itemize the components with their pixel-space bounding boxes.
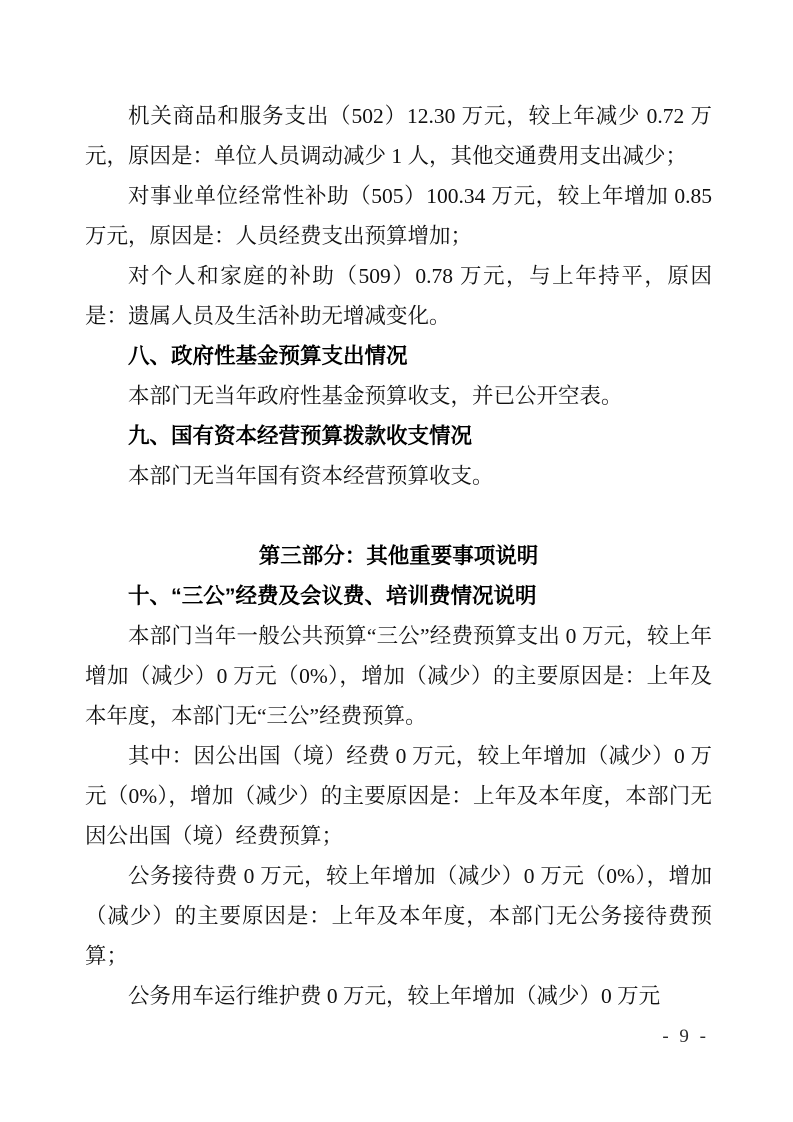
paragraph-official-vehicle: 公务用车运行维护费 0 万元，较上年增加（减少）0 万元 — [85, 976, 712, 1016]
section-heading-8: 八、政府性基金预算支出情况 — [85, 336, 712, 376]
paragraph-three-public-total: 本部门当年一般公共预算“三公”经费预算支出 0 万元，较上年增加（减少）0 万元… — [85, 616, 712, 736]
section-heading-9: 九、国有资本经营预算拨款收支情况 — [85, 416, 712, 456]
document-page: 机关商品和服务支出（502）12.30 万元，较上年减少 0.72 万元，原因是… — [0, 0, 793, 1122]
paragraph-official-reception: 公务接待费 0 万元，较上年增加（减少）0 万元（0%），增加（减少）的主要原因… — [85, 856, 712, 976]
paragraph-state-capital: 本部门无当年国有资本经营预算收支。 — [85, 456, 712, 496]
page-number: - 9 - — [662, 1026, 709, 1048]
part-three-title: 第三部分：其他重要事项说明 — [85, 536, 712, 576]
document-body: 机关商品和服务支出（502）12.30 万元，较上年减少 0.72 万元，原因是… — [85, 96, 712, 1016]
paragraph-subsidy-509: 对个人和家庭的补助（509）0.78 万元，与上年持平，原因是：遗属人员及生活补… — [85, 256, 712, 336]
paragraph-subsidy-505: 对事业单位经常性补助（505）100.34 万元，较上年增加 0.85 万元，原… — [85, 176, 712, 256]
section-heading-10: 十、“三公”经费及会议费、培训费情况说明 — [85, 576, 712, 616]
paragraph-overseas-trips: 其中：因公出国（境）经费 0 万元，较上年增加（减少）0 万元（0%），增加（减… — [85, 736, 712, 856]
paragraph-expense-502: 机关商品和服务支出（502）12.30 万元，较上年减少 0.72 万元，原因是… — [85, 96, 712, 176]
paragraph-gov-fund: 本部门无当年政府性基金预算收支，并已公开空表。 — [85, 376, 712, 416]
